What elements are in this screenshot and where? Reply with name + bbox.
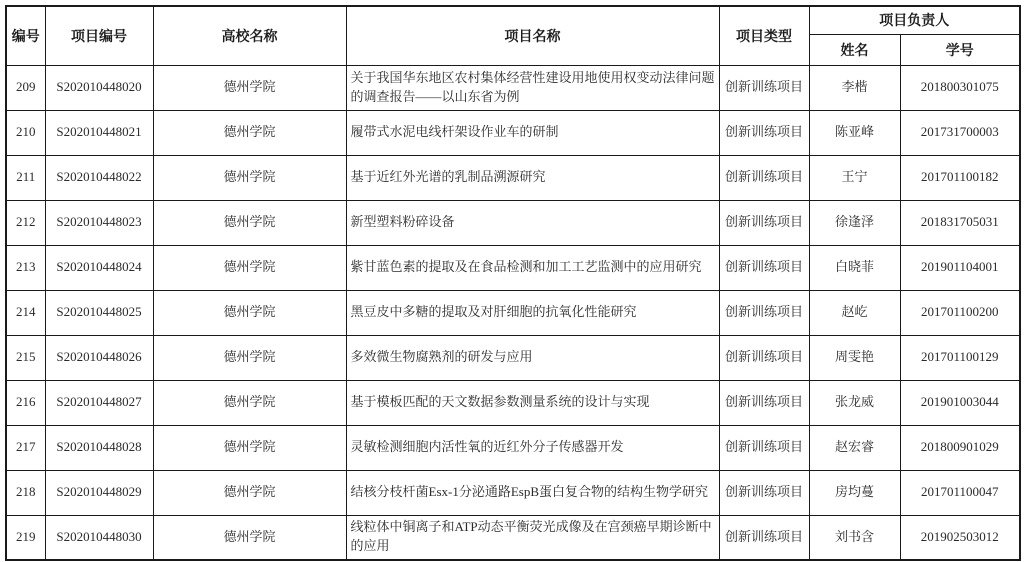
cell-leader-id: 201901104001 [900, 245, 1020, 290]
cell-no: 218 [6, 470, 45, 515]
cell-project-name: 基于模板匹配的天文数据参数测量系统的设计与实现 [346, 380, 719, 425]
cell-leader-id: 201731700003 [900, 110, 1020, 155]
cell-no: 210 [6, 110, 45, 155]
table-row: 212 S202010448023 德州学院 新型塑料粉碎设备 创新训练项目 徐… [6, 200, 1020, 245]
cell-project-type: 创新训练项目 [719, 470, 809, 515]
cell-project-type: 创新训练项目 [719, 380, 809, 425]
cell-project-no: S202010448025 [45, 290, 153, 335]
table-row: 215 S202010448026 德州学院 多效微生物腐熟剂的研发与应用 创新… [6, 335, 1020, 380]
header-leader-name: 姓名 [809, 34, 900, 65]
cell-no: 217 [6, 425, 45, 470]
cell-project-type: 创新训练项目 [719, 155, 809, 200]
table-row: 214 S202010448025 德州学院 黑豆皮中多糖的提取及对肝细胞的抗氧… [6, 290, 1020, 335]
cell-project-no: S202010448029 [45, 470, 153, 515]
cell-project-no: S202010448028 [45, 425, 153, 470]
cell-project-no: S202010448023 [45, 200, 153, 245]
cell-no: 215 [6, 335, 45, 380]
cell-university: 德州学院 [153, 245, 346, 290]
cell-no: 212 [6, 200, 45, 245]
cell-project-name: 基于近红外光谱的乳制品溯源研究 [346, 155, 719, 200]
cell-university: 德州学院 [153, 290, 346, 335]
cell-leader-name: 刘书含 [809, 515, 900, 560]
table-row: 211 S202010448022 德州学院 基于近红外光谱的乳制品溯源研究 创… [6, 155, 1020, 200]
table-row: 209 S202010448020 德州学院 关于我国华东地区农村集体经营性建设… [6, 65, 1020, 110]
header-leader-group: 项目负责人 [809, 6, 1020, 34]
header-project-no: 项目编号 [45, 6, 153, 65]
cell-university: 德州学院 [153, 200, 346, 245]
cell-project-type: 创新训练项目 [719, 425, 809, 470]
cell-no: 213 [6, 245, 45, 290]
cell-leader-name: 赵屹 [809, 290, 900, 335]
header-project-type: 项目类型 [719, 6, 809, 65]
document-page: 编号 项目编号 高校名称 项目名称 项目类型 项目负责人 姓名 学号 209 S… [0, 0, 1024, 562]
table-row: 218 S202010448029 德州学院 结核分枝杆菌Esx-1分泌通路Es… [6, 470, 1020, 515]
cell-project-no: S202010448030 [45, 515, 153, 560]
header-no: 编号 [6, 6, 45, 65]
table-body: 209 S202010448020 德州学院 关于我国华东地区农村集体经营性建设… [6, 65, 1020, 560]
cell-no: 211 [6, 155, 45, 200]
cell-leader-name: 张龙威 [809, 380, 900, 425]
cell-project-name: 紫甘蓝色素的提取及在食品检测和加工工艺监测中的应用研究 [346, 245, 719, 290]
cell-leader-id: 201831705031 [900, 200, 1020, 245]
cell-project-no: S202010448021 [45, 110, 153, 155]
cell-leader-name: 房均蔓 [809, 470, 900, 515]
cell-leader-name: 王宁 [809, 155, 900, 200]
cell-leader-id: 201701100047 [900, 470, 1020, 515]
cell-project-type: 创新训练项目 [719, 200, 809, 245]
cell-project-name: 多效微生物腐熟剂的研发与应用 [346, 335, 719, 380]
table-row: 213 S202010448024 德州学院 紫甘蓝色素的提取及在食品检测和加工… [6, 245, 1020, 290]
cell-university: 德州学院 [153, 515, 346, 560]
cell-project-name: 线粒体中铜离子和ATP动态平衡荧光成像及在宫颈癌早期诊断中的应用 [346, 515, 719, 560]
cell-university: 德州学院 [153, 155, 346, 200]
table-header: 编号 项目编号 高校名称 项目名称 项目类型 项目负责人 姓名 学号 [6, 6, 1020, 65]
cell-leader-name: 徐逢泽 [809, 200, 900, 245]
cell-project-name: 履带式水泥电线杆架设作业车的研制 [346, 110, 719, 155]
cell-university: 德州学院 [153, 380, 346, 425]
cell-project-no: S202010448026 [45, 335, 153, 380]
cell-project-type: 创新训练项目 [719, 65, 809, 110]
cell-no: 216 [6, 380, 45, 425]
cell-project-type: 创新训练项目 [719, 110, 809, 155]
cell-leader-id: 201701100129 [900, 335, 1020, 380]
cell-leader-id: 201701100200 [900, 290, 1020, 335]
project-list-table: 编号 项目编号 高校名称 项目名称 项目类型 项目负责人 姓名 学号 209 S… [5, 5, 1021, 561]
cell-project-name: 结核分枝杆菌Esx-1分泌通路EspB蛋白复合物的结构生物学研究 [346, 470, 719, 515]
cell-leader-name: 赵宏睿 [809, 425, 900, 470]
table-row: 216 S202010448027 德州学院 基于模板匹配的天文数据参数测量系统… [6, 380, 1020, 425]
cell-project-name: 关于我国华东地区农村集体经营性建设用地使用权变动法律问题的调查报告——以山东省为… [346, 65, 719, 110]
cell-project-name: 新型塑料粉碎设备 [346, 200, 719, 245]
cell-project-type: 创新训练项目 [719, 245, 809, 290]
cell-leader-name: 李楷 [809, 65, 900, 110]
cell-no: 209 [6, 65, 45, 110]
table-row: 217 S202010448028 德州学院 灵敏检测细胞内活性氧的近红外分子传… [6, 425, 1020, 470]
cell-university: 德州学院 [153, 470, 346, 515]
header-university: 高校名称 [153, 6, 346, 65]
cell-university: 德州学院 [153, 110, 346, 155]
header-leader-id: 学号 [900, 34, 1020, 65]
cell-project-type: 创新训练项目 [719, 290, 809, 335]
cell-project-name: 黑豆皮中多糖的提取及对肝细胞的抗氧化性能研究 [346, 290, 719, 335]
cell-leader-id: 201800901029 [900, 425, 1020, 470]
cell-leader-name: 白晓菲 [809, 245, 900, 290]
cell-university: 德州学院 [153, 425, 346, 470]
cell-project-no: S202010448020 [45, 65, 153, 110]
cell-leader-id: 201902503012 [900, 515, 1020, 560]
cell-project-type: 创新训练项目 [719, 335, 809, 380]
cell-project-name: 灵敏检测细胞内活性氧的近红外分子传感器开发 [346, 425, 719, 470]
cell-leader-id: 201701100182 [900, 155, 1020, 200]
header-project-name: 项目名称 [346, 6, 719, 65]
cell-leader-name: 陈亚峰 [809, 110, 900, 155]
cell-leader-name: 周雯艳 [809, 335, 900, 380]
cell-university: 德州学院 [153, 335, 346, 380]
cell-no: 214 [6, 290, 45, 335]
cell-leader-id: 201800301075 [900, 65, 1020, 110]
cell-university: 德州学院 [153, 65, 346, 110]
cell-project-no: S202010448022 [45, 155, 153, 200]
cell-project-no: S202010448027 [45, 380, 153, 425]
cell-project-type: 创新训练项目 [719, 515, 809, 560]
table-row: 219 S202010448030 德州学院 线粒体中铜离子和ATP动态平衡荧光… [6, 515, 1020, 560]
table-row: 210 S202010448021 德州学院 履带式水泥电线杆架设作业车的研制 … [6, 110, 1020, 155]
cell-project-no: S202010448024 [45, 245, 153, 290]
cell-no: 219 [6, 515, 45, 560]
cell-leader-id: 201901003044 [900, 380, 1020, 425]
